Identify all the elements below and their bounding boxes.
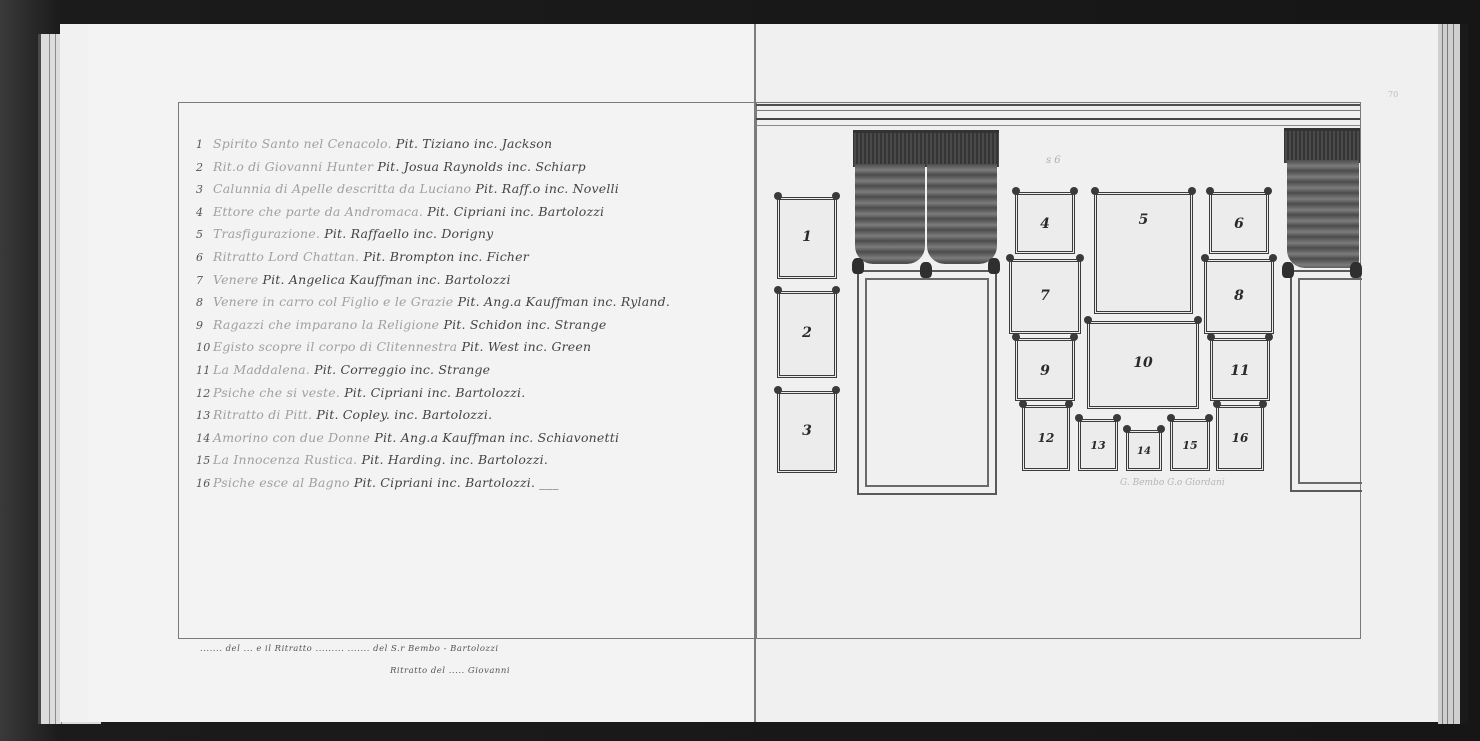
entry-credit: Pit. Cipriani inc. Bartolozzi. ___ [354,475,559,490]
entry-number: 9 [196,319,213,332]
entry-credit: Pit. Brompton inc. Ficher [363,249,529,264]
entry-number: 8 [196,296,213,309]
right-page-stack [1438,24,1468,724]
entry-credit: Pit. Tiziano inc. Jackson [396,136,552,151]
entry-title: Psiche esce al Bagno [213,475,350,490]
folio-number: 70 [1388,90,1398,99]
curtain-pelmet-right [1284,128,1360,163]
list-item: 2Rit.o di Giovanni Hunter Pit. Josua Ray… [196,159,766,182]
picture-frame-10: 10 [1087,321,1199,409]
picture-frame-11: 11 [1210,338,1270,401]
frame-label: 4 [1018,216,1072,232]
frame-label: 8 [1207,288,1271,304]
tassel-icon [1282,262,1294,278]
frame-label: 10 [1090,355,1196,371]
list-item: 5Trasfigurazione. Pit. Raffaello inc. Do… [196,226,766,249]
list-item: 8Venere in carro col Figlio e le Grazie … [196,294,766,317]
picture-frame-2: 2 [777,291,837,378]
bottom-caption-line-1: ....... del ... e il Ritratto ......... … [200,644,499,654]
entry-number: 4 [196,206,213,219]
artist-signature: G. Bembo G.o Giordani [1120,478,1225,488]
list-item: 13Ritratto di Pitt. Pit. Copley. inc. Ba… [196,407,766,430]
picture-frame-15: 15 [1170,419,1210,471]
entry-title: Rit.o di Giovanni Hunter [213,159,373,174]
entry-credit: Pit. Harding. inc. Bartolozzi. [361,452,548,467]
tassel-icon [920,262,932,278]
cornice-line [756,125,1360,126]
frame-label: 16 [1219,431,1261,445]
entry-number: 13 [196,409,213,422]
entry-title: Egisto scopre il corpo di Clitennestra [213,339,457,354]
print-list: 1Spirito Santo nel Cenacolo. Pit. Tizian… [196,136,766,498]
tassel-icon [1350,262,1362,278]
frame-label: 12 [1025,431,1067,445]
entry-title: Spirito Santo nel Cenacolo. [213,136,392,151]
curtain-swag-icon [855,164,925,264]
entry-title: La Maddalena. [213,362,310,377]
entry-title: Ritratto di Pitt. [213,407,312,422]
window-panel-inner [1298,278,1362,484]
tassel-icon [852,258,864,274]
picture-frame-7: 7 [1009,259,1081,334]
entry-number: 14 [196,432,213,445]
entry-title: Psiche che si veste. [213,385,340,400]
frame-label: 2 [780,325,834,341]
entry-title: Amorino con due Donne [213,430,370,445]
entry-credit: Pit. Copley. inc. Bartolozzi. [316,407,492,422]
window-panel-left [857,270,997,495]
entry-title: Ettore che parte da Andromaca. [213,204,423,219]
picture-frame-4: 4 [1015,192,1075,254]
entry-number: 10 [196,341,213,354]
entry-number: 16 [196,477,213,490]
curtain-pelmet-left [853,130,999,167]
frame-label: 11 [1213,363,1267,379]
entry-title: Ragazzi che imparano la Religione [213,317,439,332]
entry-credit: Pit. Ang.a Kauffman inc. Schiavonetti [374,430,619,445]
cornice-line [756,110,1360,111]
list-item: 15La Innocenza Rustica. Pit. Harding. in… [196,452,766,475]
frame-label: 7 [1012,288,1078,304]
entry-credit: Pit. Josua Raynolds inc. Schiarp [377,159,585,174]
frame-label: 9 [1018,363,1072,379]
list-item: 10Egisto scopre il corpo di Clitennestra… [196,339,766,362]
entry-title: Venere [213,272,258,287]
entry-number: 5 [196,228,213,241]
frame-label: 15 [1173,439,1207,452]
entry-number: 11 [196,364,213,377]
picture-frame-1: 1 [777,197,837,279]
curtain-swag-icon [927,164,997,264]
entry-credit: Pit. Cipriani inc. Bartolozzi. [344,385,525,400]
entry-number: 3 [196,183,213,196]
frame-label: 3 [780,423,834,439]
entry-credit: Pit. Cipriani inc. Bartolozzi [427,204,604,219]
picture-frame-3: 3 [777,391,837,473]
list-item: 3Calunnia di Apelle descritta da Luciano… [196,181,766,204]
entry-number: 6 [196,251,213,264]
entry-title: Venere in carro col Figlio e le Grazie [213,294,453,309]
pencil-mark: s 6 [1046,155,1061,166]
list-item: 12Psiche che si veste. Pit. Cipriani inc… [196,385,766,408]
entry-number: 2 [196,161,213,174]
list-item: 4Ettore che parte da Andromaca. Pit. Cip… [196,204,766,227]
page-edge [55,34,56,724]
list-item: 6Ritratto Lord Chattan. Pit. Brompton in… [196,249,766,272]
picture-frame-16: 16 [1216,405,1264,471]
entry-title: La Innocenza Rustica. [213,452,357,467]
entry-credit: Pit. Raff.o inc. Novelli [475,181,619,196]
list-item: 7Venere Pit. Angelica Kauffman inc. Bart… [196,272,766,295]
bottom-caption-line-2: Ritratto del ..... Giovanni [390,666,510,676]
curtain-swag-icon [1287,160,1359,268]
frame-label: 6 [1212,216,1266,232]
page-edge [1447,24,1448,724]
entry-credit: Pit. Angelica Kauffman inc. Bartolozzi [263,272,511,287]
window-panel-inner [865,278,989,487]
picture-frame-12: 12 [1022,405,1070,471]
picture-frame-6: 6 [1209,192,1269,254]
entry-number: 7 [196,274,213,287]
frame-label: 13 [1081,439,1115,452]
entry-credit: Pit. Correggio inc. Strange [314,362,490,377]
entry-number: 12 [196,387,213,400]
picture-frame-5: 5 [1094,192,1193,314]
entry-credit: Pit. Schidon inc. Strange [443,317,606,332]
list-item: 16Psiche esce al Bagno Pit. Cipriani inc… [196,475,766,498]
window-panel-right [1290,270,1362,492]
entry-number: 15 [196,454,213,467]
entry-credit: Pit. Ang.a Kauffman inc. Ryland. [458,294,670,309]
cornice-line [756,104,1360,106]
picture-frame-9: 9 [1015,338,1075,401]
picture-frame-14: 14 [1126,430,1162,471]
entry-title: Calunnia di Apelle descritta da Luciano [213,181,471,196]
entry-title: Trasfigurazione. [213,226,320,241]
page-edge [49,34,50,724]
cornice-line [756,118,1360,120]
tassel-icon [988,258,1000,274]
list-item: 14Amorino con due Donne Pit. Ang.a Kauff… [196,430,766,453]
picture-frame-13: 13 [1078,419,1118,471]
list-item: 1Spirito Santo nel Cenacolo. Pit. Tizian… [196,136,766,159]
picture-frame-8: 8 [1204,259,1274,334]
entry-number: 1 [196,138,213,151]
page-edge [1453,24,1454,724]
frame-label: 5 [1097,212,1190,228]
frame-label: 1 [780,229,834,245]
entry-title: Ritratto Lord Chattan. [213,249,359,264]
frame-label: 14 [1129,446,1159,457]
list-item: 11La Maddalena. Pit. Correggio inc. Stra… [196,362,766,385]
page-edge [1442,24,1443,724]
list-item: 9Ragazzi che imparano la Religione Pit. … [196,317,766,340]
entry-credit: Pit. West inc. Green [461,339,591,354]
entry-credit: Pit. Raffaello inc. Dorigny [324,226,493,241]
